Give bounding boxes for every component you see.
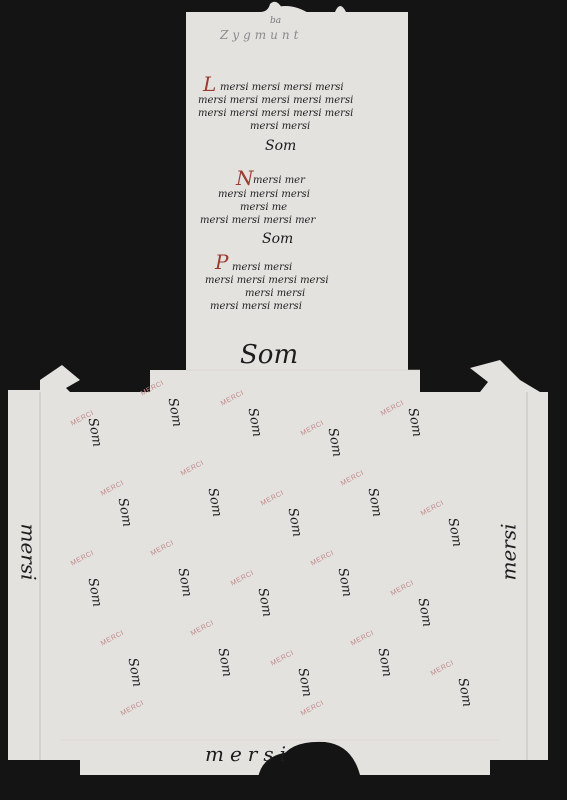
stanza1-line2: mersi mersi mersi mersi mersi	[198, 95, 353, 106]
stamp: MERCI	[420, 500, 445, 518]
stamp: MERCI	[430, 660, 455, 678]
grid-word: Som	[415, 597, 435, 628]
pencil-note: ba	[270, 16, 281, 26]
pattern-grid: MERCI MERCI MERCI MERCI MERCI MERCI MERC…	[60, 385, 500, 735]
grid-word: Som	[175, 567, 195, 598]
grid-word: Som	[375, 647, 395, 678]
stamp: MERCI	[180, 460, 205, 478]
stamp: MERCI	[70, 550, 95, 568]
grid-word: Som	[115, 497, 135, 528]
grid-word: Som	[295, 667, 315, 698]
grid-word: Som	[85, 577, 105, 608]
stanza2-line3: mersi me	[240, 202, 287, 213]
stamp: MERCI	[100, 480, 125, 498]
initial-l: L	[203, 72, 216, 96]
right-flap-text: mersi	[497, 523, 521, 580]
grid-word: Som	[445, 517, 465, 548]
signature: Zygmunt	[220, 28, 302, 42]
stamp: MERCI	[340, 470, 365, 488]
initial-n: N	[236, 166, 254, 190]
grid-word: Som	[455, 677, 475, 708]
stanza3-line4: mersi mersi mersi	[210, 301, 302, 312]
grid-word: Som	[335, 567, 355, 598]
stamp: MERCI	[380, 400, 405, 418]
closing-word: Som	[240, 340, 298, 370]
grid-word: Som	[85, 417, 105, 448]
stanza2-line1: mersi mer	[253, 175, 305, 186]
grid-word: Som	[165, 397, 185, 428]
initial-p: P	[215, 250, 228, 274]
grid-word: Som	[205, 487, 225, 518]
stamp: MERCI	[220, 390, 245, 408]
stamp: MERCI	[300, 420, 325, 438]
grid-word: Som	[125, 657, 145, 688]
stanza2-line4: mersi mersi mersi mer	[200, 215, 315, 226]
stamp: MERCI	[300, 700, 325, 718]
bottom-text: mersi	[205, 742, 292, 766]
stamp: MERCI	[350, 630, 375, 648]
refrain-2: Som	[262, 231, 293, 247]
stamp: MERCI	[120, 700, 145, 718]
stanza3-line3: mersi mersi	[245, 288, 305, 299]
stamp: MERCI	[100, 630, 125, 648]
stamp: MERCI	[390, 580, 415, 598]
stamp: MERCI	[270, 650, 295, 668]
grid-word: Som	[255, 587, 275, 618]
stamp: MERCI	[190, 620, 215, 638]
refrain-1: Som	[265, 138, 296, 154]
grid-word: Som	[245, 407, 265, 438]
stanza3-line2: mersi mersi mersi mersi	[205, 275, 329, 286]
stamp: MERCI	[260, 490, 285, 508]
grid-word: Som	[365, 487, 385, 518]
stamp: MERCI	[310, 550, 335, 568]
grid-word: Som	[285, 507, 305, 538]
stanza1-line4: mersi mersi	[250, 121, 310, 132]
grid-word: Som	[215, 647, 235, 678]
stamp: MERCI	[230, 570, 255, 588]
grid-word: Som	[405, 407, 425, 438]
stanza1-line3: mersi mersi mersi mersi mersi	[198, 108, 353, 119]
left-flap-text: mersi	[17, 523, 41, 580]
stamp: MERCI	[150, 540, 175, 558]
stanza3-line1: mersi mersi	[232, 262, 292, 273]
grid-word: Som	[325, 427, 345, 458]
artwork: ba Zygmunt L mersi mersi mersi mersi mer…	[0, 0, 567, 800]
stanza2-line2: mersi mersi mersi	[218, 189, 310, 200]
stanza1-line1: mersi mersi mersi mersi	[220, 82, 344, 93]
